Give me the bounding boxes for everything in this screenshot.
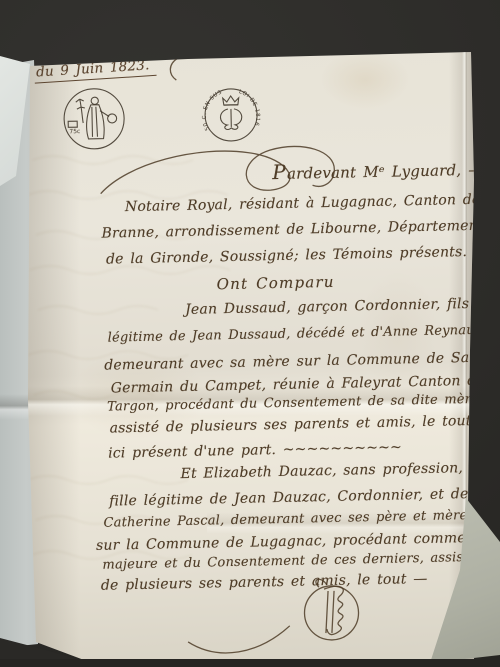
text-line-party1-2: légitime de Jean Dussaud, décédé et d'An… bbox=[108, 323, 488, 346]
svg-text:50 C. EN SUS: 50 C. EN SUS bbox=[201, 89, 224, 131]
backdrop-bottom-strip bbox=[0, 659, 500, 667]
text-line-party2-1: Et Elizabeth Dauzac, sans profession, — bbox=[180, 460, 484, 482]
manuscript-page: du 9 Juin 1823. 75c bbox=[28, 50, 475, 663]
tax-stamp-figure: 75c bbox=[58, 83, 129, 154]
text-line-opening-1: Pardevant Mᵉ Lyguard, — bbox=[272, 156, 484, 184]
text-line-party2-2: fille légitime de Jean Dauzac, Cordonnie… bbox=[109, 486, 490, 510]
text-line-party1-6: assisté de plusieurs ses parents et amis… bbox=[109, 413, 492, 437]
text-line-party1-3: demeurant avec sa mère sur la Commune de… bbox=[104, 349, 500, 373]
stamp-arc-left-text: 50 C. EN SUS bbox=[201, 89, 224, 131]
heading-ont-comparu: Ont Comparu bbox=[216, 273, 334, 293]
handwriting-layer: du 9 Juin 1823. 75c bbox=[22, 46, 482, 667]
opening-initial: P bbox=[272, 160, 286, 184]
stamp-denomination: 75c bbox=[69, 128, 80, 135]
text-line-party1-1: Jean Dussaud, garçon Cordonnier, fils — bbox=[185, 296, 490, 318]
text-line-opening-4: de la Gironde, Soussigné; les Témoins pr… bbox=[106, 244, 488, 268]
text-line-party2-3: Catherine Pascal, demeurant avec ses pèr… bbox=[103, 508, 467, 531]
text-line-party2-5: majeure et du Consentement de ces dernie… bbox=[102, 550, 489, 573]
text-line-opening-3: Branne, arrondissement de Libourne, Dépa… bbox=[101, 218, 484, 242]
revenue-stamp-crown: 50 C. EN SUS LOI DE 1816 bbox=[200, 84, 261, 145]
closing-paraph-flourish bbox=[181, 576, 393, 660]
text-line-party1-7: ici présent d'une part. ~~~~~~~~~~ bbox=[108, 439, 402, 461]
